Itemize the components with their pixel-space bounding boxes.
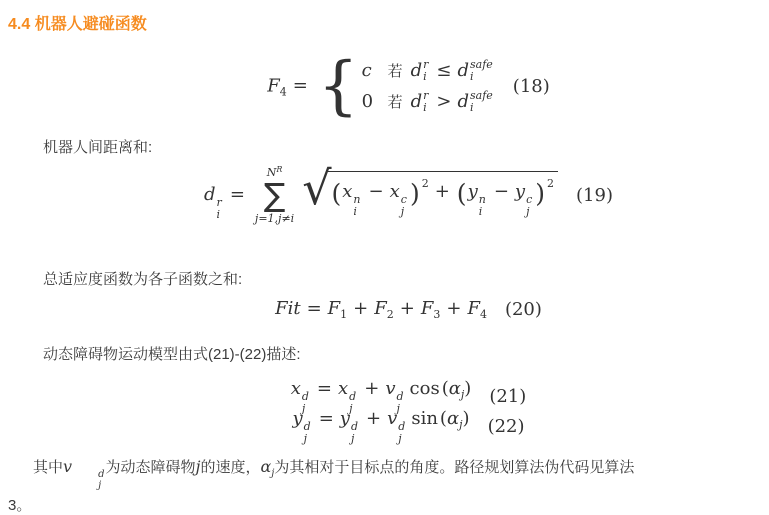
superscript-c: c [401, 194, 407, 206]
superscript-d: d [351, 421, 358, 433]
superscript-d: d [349, 391, 356, 403]
close-paren: ) [410, 179, 420, 208]
script-stack: ni [353, 194, 360, 217]
document-page: 4.4 机器人避碰函数 F4={ c 若 dri ≤ dsafei 0 若 dr… [0, 0, 769, 515]
script-stack: ri [423, 90, 428, 113]
inline-math-alpha: αj [260, 457, 274, 476]
paragraph-4: 其中vdj为动态障碍物j的速度，αj为其相对于目标点的角度。路径规划算法伪代码见… [8, 452, 763, 515]
subscript-i: i [470, 102, 474, 114]
subscript-i: i [470, 71, 474, 83]
equation-number: (22) [488, 416, 525, 437]
var-alpha: α [449, 378, 461, 399]
var-x: x [390, 181, 400, 202]
p4-text-c: 的速度， [200, 459, 260, 476]
subscript-i: i [423, 102, 427, 114]
equals-sign: = [293, 75, 308, 96]
script-stack: safei [470, 59, 493, 82]
plus-sign: + [366, 408, 381, 429]
superscript-n: n [353, 194, 360, 206]
subscript-j: j [526, 206, 529, 218]
var-x: x [342, 181, 352, 202]
subscript-4: 4 [480, 308, 487, 321]
var-y: y [340, 408, 350, 429]
equation-19-body: dri= NR ∑ j=1,j≠i √ (xni−xcj)2+(yni−ycj)… [204, 166, 558, 224]
equation-number: (21) [489, 386, 526, 407]
less-equal-sign: ≤ [436, 60, 451, 81]
var-Fit: Fit [275, 298, 300, 319]
subscript-j: j [73, 481, 101, 492]
var-alpha: α [447, 408, 459, 429]
minus-sign: − [494, 181, 509, 202]
script-stack: ri [217, 197, 222, 220]
script-stack: ni [479, 194, 486, 217]
subscript-1: 1 [340, 308, 347, 321]
subscript-2: 2 [387, 308, 394, 321]
superscript-d: d [304, 421, 311, 433]
cases-brace: { [318, 56, 359, 117]
open-paren: ( [440, 408, 447, 429]
plus-sign: + [364, 378, 379, 399]
sum-lower-limit: j=1,j≠i [255, 213, 294, 224]
script-stack: dj [398, 421, 405, 444]
equation-20-body: Fit=F1+F2+F3+F4 [275, 298, 487, 321]
var-y: y [292, 408, 302, 429]
equation-20: Fit=F1+F2+F3+F4 (20) [0, 298, 769, 321]
equals-sign: = [230, 184, 245, 205]
var-x: x [291, 378, 301, 399]
superscript-2: 2 [422, 177, 429, 190]
superscript-d: d [73, 470, 104, 481]
script-stack: dj [351, 421, 358, 444]
script-stack: dj [73, 470, 104, 491]
superscript-d: d [396, 391, 403, 403]
script-stack: safei [470, 90, 493, 113]
subscript-i: i [479, 206, 483, 218]
equals-sign: = [307, 298, 322, 319]
inline-math-v: vdj [63, 457, 105, 476]
superscript-R: R [276, 165, 282, 174]
square-root: √ (xni−xcj)2+(yni−ycj)2 [302, 171, 558, 219]
radicand: (xni−xcj)2+(yni−ycj)2 [327, 171, 559, 219]
var-d: d [457, 60, 469, 81]
plus-sign: + [446, 298, 461, 319]
condition-word: 若 [388, 91, 403, 112]
equals-sign: = [319, 408, 334, 429]
var-y: y [515, 181, 525, 202]
var-x: x [338, 378, 348, 399]
open-paren: ( [442, 378, 449, 399]
var-alpha: α [260, 457, 271, 476]
close-paren: ) [463, 408, 470, 429]
var-F: F [267, 75, 280, 96]
var-d: d [457, 91, 469, 112]
subscript-i: i [217, 209, 221, 221]
superscript-d: d [302, 391, 309, 403]
plus-sign: + [353, 298, 368, 319]
sigma-symbol: ∑ [264, 179, 286, 211]
subscript-j: j [401, 206, 404, 218]
case-row-1: c 若 dri ≤ dsafei [362, 59, 495, 82]
superscript-r: r [217, 197, 222, 209]
open-paren: ( [332, 179, 342, 208]
subscript-j: j [351, 433, 354, 445]
greater-than-sign: > [436, 91, 451, 112]
condition-word: 若 [388, 60, 403, 81]
close-paren: ) [464, 378, 471, 399]
case-value-0: 0 [362, 91, 388, 112]
plus-sign: + [400, 298, 415, 319]
equation-19: dri= NR ∑ j=1,j≠i √ (xni−xcj)2+(yni−ycj)… [0, 166, 769, 224]
superscript-d: d [398, 421, 405, 433]
var-v: v [385, 378, 395, 399]
script-stack: dj [304, 421, 311, 444]
equals-sign: = [317, 378, 332, 399]
equation-22-body: ydj=ydj+vdjsin(αj) [292, 408, 469, 444]
section-heading: 4.4 机器人避碰函数 [8, 11, 147, 34]
open-paren: ( [457, 179, 467, 208]
minus-sign: − [369, 181, 384, 202]
equation-22: ydj=ydj+vdjsin(αj) (22) [0, 408, 769, 444]
subscript-i: i [423, 71, 427, 83]
paragraph-1: 机器人间距离和: [8, 136, 152, 157]
p4-text-e: 3。 [8, 497, 31, 514]
equation-18-body: F4={ c 若 dri ≤ dsafei 0 若 dri > dsafei [267, 56, 495, 117]
paragraph-3: 动态障碍物运动模型由式(21)-(22)描述: [8, 343, 301, 364]
cos-function: cos [410, 378, 440, 399]
var-F: F [328, 298, 341, 319]
subscript-j: j [398, 433, 401, 445]
script-stack: cj [401, 194, 407, 217]
var-y: y [468, 181, 478, 202]
subscript-j: j [304, 433, 307, 445]
case-row-2: 0 若 dri > dsafei [362, 90, 495, 113]
var-d: d [204, 184, 216, 205]
equation-number: (18) [513, 76, 550, 97]
var-F: F [467, 298, 480, 319]
equation-18: F4={ c 若 dri ≤ dsafei 0 若 dri > dsafei (… [0, 56, 769, 117]
var-d: d [411, 91, 423, 112]
var-F: F [421, 298, 434, 319]
script-stack: cj [526, 194, 532, 217]
plus-sign: + [435, 181, 450, 202]
equation-number: (20) [505, 299, 542, 320]
var-v: v [63, 457, 72, 476]
case-value-c: c [362, 60, 388, 81]
superscript-2: 2 [547, 177, 554, 190]
sin-function: sin [411, 408, 438, 429]
p4-text-d: 为其相对于目标点的角度。路径规划算法伪代码见算法 [274, 459, 634, 476]
summation: NR ∑ j=1,j≠i [255, 166, 294, 224]
subscript-3: 3 [433, 308, 440, 321]
equation-number: (19) [576, 185, 613, 206]
script-stack: ri [423, 59, 428, 82]
superscript-c: c [526, 194, 532, 206]
subscript-i: i [353, 206, 357, 218]
superscript-n: n [479, 194, 486, 206]
paragraph-2: 总适应度函数为各子函数之和: [8, 268, 242, 289]
var-d: d [411, 60, 423, 81]
var-v: v [387, 408, 397, 429]
close-paren: ) [535, 179, 545, 208]
cases-body: c 若 dri ≤ dsafei 0 若 dri > dsafei [362, 59, 495, 113]
p4-text-a: 其中 [33, 459, 63, 476]
subscript-4: 4 [280, 85, 287, 98]
p4-text-b: 为动态障碍物 [105, 459, 195, 476]
var-F: F [374, 298, 387, 319]
